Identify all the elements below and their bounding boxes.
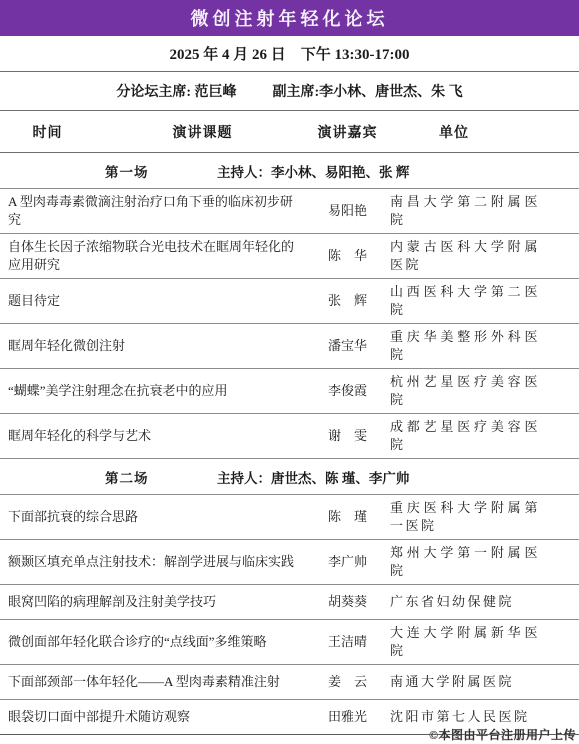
session-header-row: 第一场主持人：李小林、易阳艳、张 辉: [0, 153, 579, 189]
talk-topic: A 型肉毒毒素微滴注射治疗口角下垂的临床初步研究: [0, 193, 310, 229]
talk-topic: 自体生长因子浓缩物联合光电技术在眶周年轻化的应用研究: [0, 238, 310, 274]
talk-topic: 眼窝凹陷的病理解剖及注射美学技巧: [0, 593, 310, 611]
talk-org: 成都艺星医疗美容医院: [390, 418, 540, 454]
talk-topic: 题目待定: [0, 292, 310, 310]
talk-org: 沈阳市第七人民医院: [390, 708, 540, 726]
talk-speaker: 陈 瑾: [310, 508, 385, 526]
schedule-table-body: 第一场主持人：李小林、易阳艳、张 辉A 型肉毒毒素微滴注射治疗口角下垂的临床初步…: [0, 153, 579, 735]
talk-speaker: 谢 雯: [310, 427, 385, 445]
talk-row: 眶周年轻化的科学与艺术谢 雯成都艺星医疗美容医院: [0, 414, 579, 459]
talk-row: 眶周年轻化微创注射潘宝华重庆华美整形外科医院: [0, 324, 579, 369]
talk-speaker: 姜 云: [310, 673, 385, 691]
talk-topic: 眼袋切口面中部提升术随访观察: [0, 708, 310, 726]
date-row: 2025 年 4 月 26 日 下午 13:30-17:00: [0, 36, 579, 72]
forum-vice-chairs-text: 副主席:李小林、唐世杰、朱 飞: [273, 81, 463, 101]
talk-org: 郑州大学第一附属医院: [390, 544, 540, 580]
talk-row: 微创面部年轻化联合诊疗的“点线面”多维策略王洁晴大连大学附属新华医院: [0, 620, 579, 665]
column-header-topic: 演讲课题: [95, 122, 310, 142]
talk-speaker: 陈 华: [310, 247, 385, 265]
talk-topic: 额颞区填充单点注射技术：解剖学进展与临床实践: [0, 553, 310, 571]
watermark-text: ©本图由平台注册用户上传: [429, 726, 576, 743]
session-header-row: 第二场主持人：唐世杰、陈 瑾、李广帅: [0, 459, 579, 495]
talk-speaker: 田雅光: [310, 708, 385, 726]
talk-org: 内蒙古医科大学附属医院: [390, 238, 540, 274]
talk-speaker: 胡葵葵: [310, 593, 385, 611]
session-name: 第二场: [105, 467, 149, 487]
chairs-row: 分论坛主席: 范巨峰 副主席:李小林、唐世杰、朱 飞: [0, 72, 579, 111]
forum-title-banner: 微创注射年轻化论坛: [0, 0, 579, 36]
talk-row: 额颞区填充单点注射技术：解剖学进展与临床实践李广帅郑州大学第一附属医院: [0, 540, 579, 585]
talk-topic: 下面部抗衰的综合思路: [0, 508, 310, 526]
talk-row: 题目待定张 辉山西医科大学第二医院: [0, 279, 579, 324]
talk-org: 重庆华美整形外科医院: [390, 328, 540, 364]
conference-schedule-page: 微创注射年轻化论坛 2025 年 4 月 26 日 下午 13:30-17:00…: [0, 0, 579, 744]
talk-speaker: 李俊霞: [310, 382, 385, 400]
table-header-row: 时间 演讲课题 演讲嘉宾 单位: [0, 111, 579, 153]
talk-org: 大连大学附属新华医院: [390, 624, 540, 660]
talk-speaker: 李广帅: [310, 553, 385, 571]
date-time-text: 2025 年 4 月 26 日 下午 13:30-17:00: [170, 43, 410, 64]
talk-row: 自体生长因子浓缩物联合光电技术在眶周年轻化的应用研究陈 华内蒙古医科大学附属医院: [0, 234, 579, 279]
talk-topic: “蝴蝶”美学注射理念在抗衰老中的应用: [0, 382, 310, 400]
talk-row: “蝴蝶”美学注射理念在抗衰老中的应用李俊霞杭州艺星医疗美容医院: [0, 369, 579, 414]
talk-row: A 型肉毒毒素微滴注射治疗口角下垂的临床初步研究易阳艳南昌大学第二附属医院: [0, 189, 579, 234]
talk-org: 南通大学附属医院: [390, 673, 540, 691]
talk-org: 重庆医科大学附属第一医院: [390, 499, 540, 535]
talk-speaker: 王洁晴: [310, 633, 385, 651]
talk-org: 杭州艺星医疗美容医院: [390, 373, 540, 409]
talk-speaker: 易阳艳: [310, 202, 385, 220]
talk-row: 下面部颈部一体年轻化——A 型肉毒素精准注射姜 云南通大学附属医院: [0, 665, 579, 700]
forum-chair-text: 分论坛主席: 范巨峰: [116, 81, 236, 101]
column-header-org: 单位: [385, 122, 579, 142]
talk-row: 下面部抗衰的综合思路陈 瑾重庆医科大学附属第一医院: [0, 495, 579, 540]
session-hosts: 主持人：李小林、易阳艳、张 辉: [217, 161, 409, 181]
column-header-speaker: 演讲嘉宾: [310, 122, 385, 142]
talk-topic: 微创面部年轻化联合诊疗的“点线面”多维策略: [0, 633, 310, 651]
talk-org: 山西医科大学第二医院: [390, 283, 540, 319]
talk-topic: 眶周年轻化微创注射: [0, 337, 310, 355]
forum-title: 微创注射年轻化论坛: [191, 5, 389, 31]
talk-org: 南昌大学第二附属医院: [390, 193, 540, 229]
talk-speaker: 潘宝华: [310, 337, 385, 355]
talk-speaker: 张 辉: [310, 292, 385, 310]
talk-row: 眼窝凹陷的病理解剖及注射美学技巧胡葵葵广东省妇幼保健院: [0, 585, 579, 620]
session-hosts: 主持人：唐世杰、陈 瑾、李广帅: [217, 467, 409, 487]
talk-org: 广东省妇幼保健院: [390, 593, 540, 611]
talk-topic: 眶周年轻化的科学与艺术: [0, 427, 310, 445]
talk-topic: 下面部颈部一体年轻化——A 型肉毒素精准注射: [0, 673, 310, 691]
session-name: 第一场: [105, 161, 149, 181]
column-header-time: 时间: [0, 122, 95, 142]
